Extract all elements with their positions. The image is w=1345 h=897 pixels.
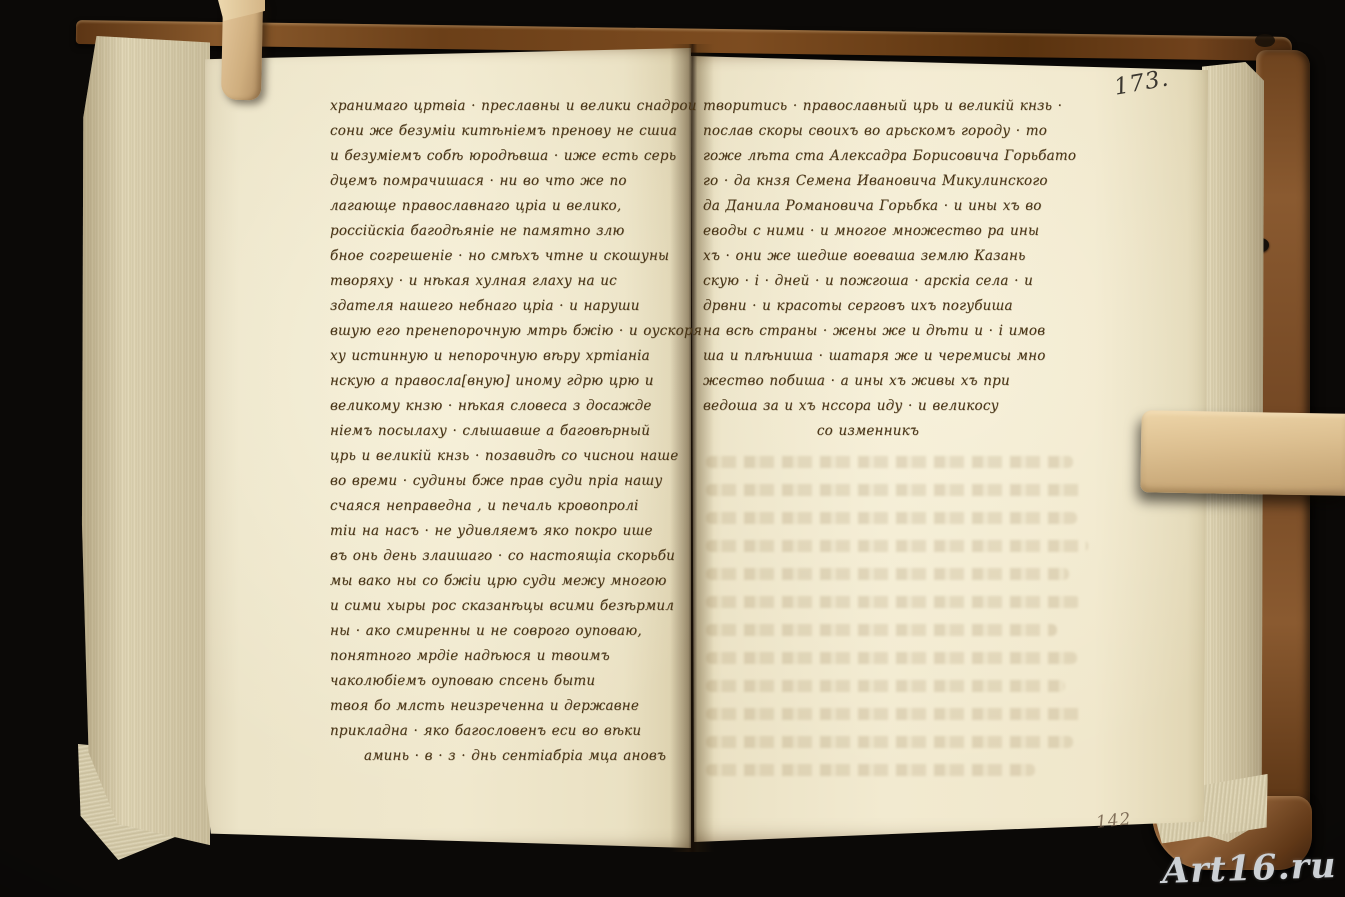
ghost-text-line: [706, 736, 1073, 748]
manuscript-line: мы вако ны со бжіи црю суди межу многою: [330, 569, 694, 594]
manuscript-line: россійскіа багодѣяніе не памятно злю: [330, 219, 694, 244]
manuscript-line: сони же безуміи китѣніемъ пренову не сши…: [330, 119, 694, 144]
manuscript-line: ша и плѣниша · шатаря же и черемисы мно: [703, 344, 1099, 369]
ghost-text-line: [706, 540, 1088, 552]
manuscript-line: хранимаго цртвіа · преславны и велики сн…: [330, 94, 694, 119]
right-page-text: творитись · православный црь и великій к…: [703, 94, 1099, 444]
ghost-text-line: [706, 596, 1080, 608]
manuscript-line: скую · і · дней · и пожгоша · арскіа сел…: [703, 269, 1099, 294]
manuscript-line: послав скоры своихъ во арьскомъ городу ·…: [703, 119, 1099, 144]
left-page-text: хранимаго цртвіа · преславны и велики сн…: [330, 94, 694, 769]
manuscript-line: твоя бо млсть неизреченна и державне: [330, 694, 694, 719]
manuscript-line: аминь · в · з · днь сентіабріа мца ановъ: [330, 744, 694, 769]
wooden-ruler-right: [1140, 410, 1345, 496]
manuscript-line: чаколюбіемъ оуповаю спсень быти: [330, 669, 694, 694]
manuscript-line: ніемъ посылаху · слышавше а баговѣрный: [330, 419, 694, 444]
ghost-text-line: [706, 652, 1077, 664]
manuscript-line: вшую его пренепорочную мтрь бжію · и оус…: [330, 319, 694, 344]
manuscript-line: тіи на насъ · не удивляемъ яко покро ише: [330, 519, 694, 544]
manuscript-line: понятного мрдіе надѣюся и твоимъ: [330, 644, 694, 669]
ghost-text-line: [706, 680, 1065, 692]
manuscript-line: гоже лѣта ста Алексадра Борисовича Горьб…: [703, 144, 1099, 169]
manuscript-line: счаяся неправедна , и печаль кровопролі: [330, 494, 694, 519]
ghost-text-line: [706, 456, 1073, 468]
left-page-block-fore-edge: [78, 36, 210, 850]
manuscript-line: нскую а правосла[вную] иному гдрю црю и: [330, 369, 694, 394]
manuscript-line: и сими хыры рос сказанѣцы всими безѣрмил: [330, 594, 694, 619]
bleed-through-text: [706, 456, 1088, 792]
manuscript-line: хъ · они же шедше воеваша землю Казань: [703, 244, 1099, 269]
manuscript-line: творяху · и нѣкая хулная глаху на ис: [330, 269, 694, 294]
manuscript-line: да Данила Романовича Горьбка · и ины хъ …: [703, 194, 1099, 219]
ghost-text-line: [706, 484, 1084, 496]
manuscript-line: жество побиша · а ины хъ живы хъ при: [703, 369, 1099, 394]
manuscript-line: ны · ако смиренны и не соврого оуповаю,: [330, 619, 694, 644]
leather-stain: [1255, 34, 1275, 47]
manuscript-line: на всѣ страны · жены же и дѣти и · і имо…: [703, 319, 1099, 344]
manuscript-line: со изменникъ: [703, 419, 1033, 444]
manuscript-line: ведоша за и хъ нссора иду · и великосу: [703, 394, 1099, 419]
watermark: Art16.ru: [1162, 845, 1338, 892]
manuscript-line: прикладна · яко багословенъ еси во вѣки: [330, 719, 694, 744]
pencil-foliation: 142: [1095, 809, 1132, 833]
manuscript-line: творитись · православный црь и великій к…: [703, 94, 1099, 119]
manuscript-line: и безуміемъ собѣ юродѣвша · иже есть сер…: [330, 144, 694, 169]
manuscript-line: црь и великій кнзь · позавидѣ со чиснои …: [330, 444, 694, 469]
ghost-text-line: [706, 764, 1035, 776]
manuscript-line: бное согрешеніе · но смѣхъ чтне и скошун…: [330, 244, 694, 269]
ghost-text-line: [706, 624, 1057, 636]
manuscript-line: дцемъ помрачишася · ни во что же по: [330, 169, 694, 194]
manuscript-line: въ онь день злаишаго · со настоящіа скор…: [330, 544, 694, 569]
manuscript-photo: хранимаго цртвіа · преславны и велики сн…: [0, 0, 1345, 897]
manuscript-line: дрвни · и красоты серговъ ихъ погубиша: [703, 294, 1099, 319]
ghost-text-line: [706, 568, 1069, 580]
manuscript-line: еводы с ними · и многое множество ра ины: [703, 219, 1099, 244]
ghost-text-line: [706, 512, 1077, 524]
manuscript-line: великому кнзю · нѣкая словеса з досажде: [330, 394, 694, 419]
manuscript-line: здателя нашего небнаго цріа · и наруши: [330, 294, 694, 319]
manuscript-line: лагающе православнаго цріа и велико,: [330, 194, 694, 219]
manuscript-line: ху истинную и непорочную вѣру хртіаніа: [330, 344, 694, 369]
ghost-text-line: [706, 708, 1084, 720]
manuscript-line: во времи · судины бже прав суди пріа наш…: [330, 469, 694, 494]
manuscript-line: го · да кнзя Семена Ивановича Микулинско…: [703, 169, 1099, 194]
